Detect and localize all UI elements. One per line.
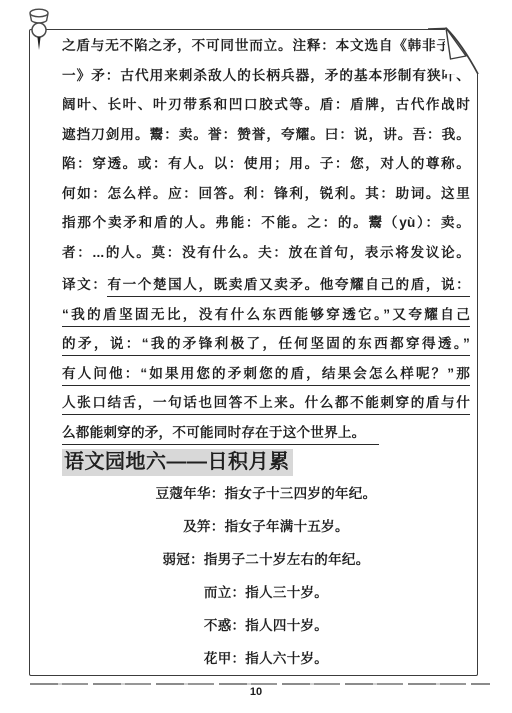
idiom-list: 豆蔻年华：指女子十三四岁的年纪。 及笄：指女子年满十五岁。 弱冠：指男子二十岁左… xyxy=(62,477,470,675)
idiom-item: 弱冠：指男子二十岁左右的年纪。 xyxy=(62,543,470,576)
folded-corner-icon xyxy=(428,16,488,88)
translation-line: 译文：有一个楚国人，既卖盾又卖矛。他夸耀自己的盾，说： xyxy=(62,270,470,300)
scanned-note-page: 之盾与无不陷之矛，不可同世而立。注释：本文选自《韩非子·难 一》矛：古代用来刺杀… xyxy=(0,0,512,713)
annotation-line: 者：...的人。莫：没有什么。夫：放在首句，表示将发议论。 xyxy=(62,238,470,268)
section-heading-row: 语文园地六——日积月累 xyxy=(62,449,470,477)
annotation-line: 遮挡刀剑用。鬻：卖。誉：赞誉，夸耀。曰：说，讲。吾：我。 xyxy=(62,120,470,150)
translation-line: 么都能刺穿的矛，不可能同时存在于这个世界上。 xyxy=(62,418,470,448)
pin-icon xyxy=(24,5,54,61)
translation-line: “我的盾坚固无比，没有什么东西能够穿透它。”又夸耀自己 xyxy=(62,300,470,330)
idiom-item: 花甲：指人六十岁。 xyxy=(62,642,470,675)
note-content: 之盾与无不陷之矛，不可同世而立。注释：本文选自《韩非子·难 一》矛：古代用来刺杀… xyxy=(30,30,477,675)
translation-underlined-text: 人张口结舌，一句话也回答不上来。什么都不能刺穿的盾与什 xyxy=(62,395,470,415)
annotation-line: 一》矛：古代用来刺杀敌人的长柄兵器，矛的基本形制有狭叶、 xyxy=(62,61,470,91)
annotation-line: 陷：穿透。或：有人。以：使用；用。子：您，对人的尊称。 xyxy=(62,149,470,179)
idiom-item: 而立：指人三十岁。 xyxy=(62,576,470,609)
idiom-item: 及笄：指女子年满十五岁。 xyxy=(62,510,470,543)
annotation-line: 指那个卖矛和盾的人。弗能：不能。之：的。鬻（yù）：卖。 xyxy=(62,208,470,238)
translation-prefix: 译文： xyxy=(62,277,107,292)
translation-underlined-text: 有人问他：“如果用您的矛刺您的盾，结果会怎么样呢？”那 xyxy=(62,366,470,386)
translation-line: 人张口结舌，一句话也回答不上来。什么都不能刺穿的盾与什 xyxy=(62,388,470,418)
translation-underlined-text: 有一个楚国人，既卖盾又卖矛。他夸耀自己的盾，说： xyxy=(107,277,470,297)
translation-line: 的矛，说：“我的矛锋利极了，任何坚固的东西都穿得透。” xyxy=(62,329,470,359)
translation-underlined-text: 么都能刺穿的矛，不可能同时存在于这个世界上。 xyxy=(62,425,379,445)
idiom-item: 不惑：指人四十岁。 xyxy=(62,609,470,642)
section-heading: 语文园地六——日积月累 xyxy=(62,449,293,476)
translation-line: 有人问他：“如果用您的矛刺您的盾，结果会怎么样呢？”那 xyxy=(62,359,470,389)
idiom-item: 豆蔻年华：指女子十三四岁的年纪。 xyxy=(62,477,470,510)
annotation-paragraph: 之盾与无不陷之矛，不可同世而立。注释：本文选自《韩非子·难 一》矛：古代用来刺杀… xyxy=(62,31,470,267)
annotation-line: 之盾与无不陷之矛，不可同世而立。注释：本文选自《韩非子·难 xyxy=(62,31,470,61)
translation-paragraph: 译文：有一个楚国人，既卖盾又卖矛。他夸耀自己的盾，说： “我的盾坚固无比，没有什… xyxy=(62,270,470,447)
annotation-line: 阔叶、长叶、叶刃带系和凹口胶式等。盾：盾牌，古代作战时 xyxy=(62,90,470,120)
note-border-box: 之盾与无不陷之矛，不可同世而立。注释：本文选自《韩非子·难 一》矛：古代用来刺杀… xyxy=(29,29,478,676)
annotation-line: 何如：怎么样。应：回答。利：锋利，锐利。其：助词。这里 xyxy=(62,179,470,209)
translation-underlined-text: 的矛，说：“我的矛锋利极了，任何坚固的东西都穿得透。” xyxy=(62,336,470,356)
translation-underlined-text: “我的盾坚固无比，没有什么东西能够穿透它。”又夸耀自己 xyxy=(62,307,470,327)
page-number: 10 xyxy=(0,686,512,698)
page-bottom-edge xyxy=(30,683,490,685)
